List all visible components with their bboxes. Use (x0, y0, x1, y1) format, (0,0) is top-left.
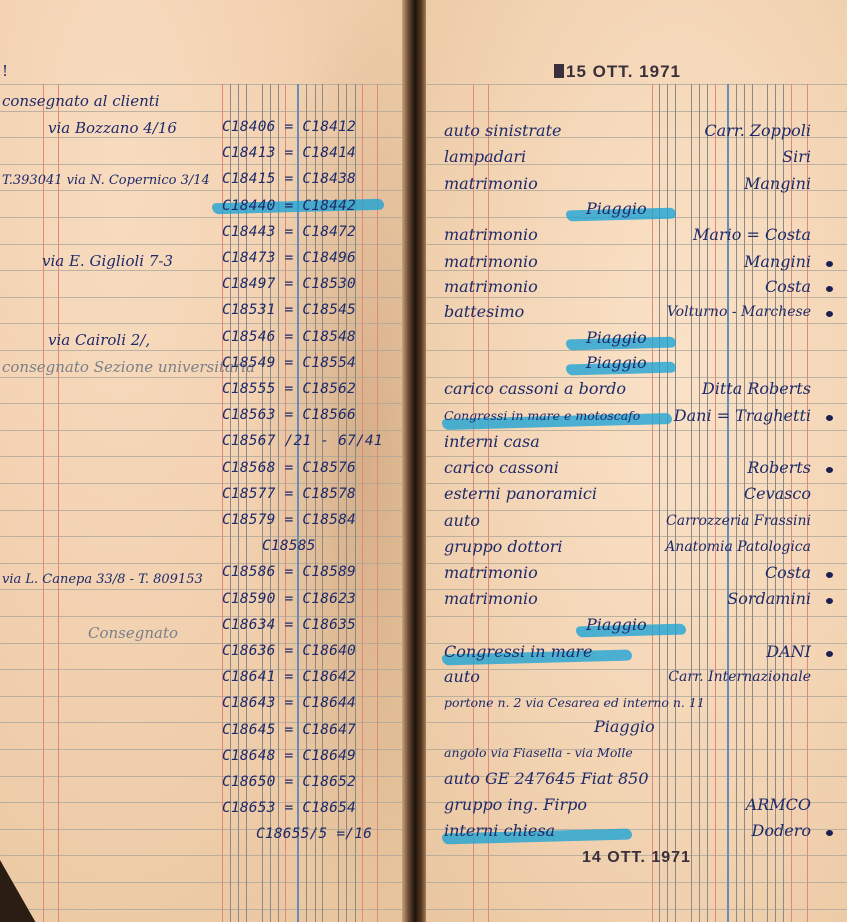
check-dot-icon (826, 572, 833, 578)
ledger-entry: angolo via Fiasella - via Molle (426, 744, 847, 766)
horizontal-rule (0, 244, 404, 245)
receipt-range: C18440 = C18442 (222, 197, 356, 215)
receipt-range: C18648 = C18649 (222, 747, 356, 765)
receipt-range: C18406 = C18412 (222, 118, 356, 136)
receipt-range: C18443 = C18472 (222, 223, 356, 241)
entry-client: Carr. Zoppoli (704, 122, 811, 140)
entry-client: Costa (765, 278, 811, 296)
horizontal-rule (0, 430, 404, 431)
ledger-right-page: 15 OTT. 1971 auto sinistrateCarr. Zoppol… (426, 0, 847, 922)
ledger-entry: portone n. 2 via Cesarea ed interno n. 1… (426, 694, 847, 716)
check-dot-icon (826, 286, 833, 292)
entry-description: auto (444, 512, 480, 530)
entry-client: Dani = Traghetti (674, 407, 811, 425)
receipt-range: C18641 = C18642 (222, 668, 356, 686)
check-dot-icon (826, 830, 833, 836)
ledger-entry: matrimonioMario = Costa (426, 226, 847, 248)
receipt-range: C18643 = C18644 (222, 694, 356, 712)
ledger-entry: Piaggio (426, 329, 847, 351)
entry-description: matrimonio (444, 564, 538, 582)
check-dot-icon (826, 598, 833, 604)
entry-description: carico cassoni (444, 459, 559, 477)
ledger-entry: autoCarrozzeria Frassini (426, 512, 847, 534)
entry-description: auto GE 247645 Fiat 850 (444, 770, 649, 788)
entry-description: battesimo (444, 303, 524, 321)
entry-client: Carrozzeria Frassini (666, 512, 811, 530)
section-header: Piaggio (586, 354, 647, 372)
entry-description: auto sinistrate (444, 122, 561, 140)
receipt-range: C18415 = C18438 (222, 170, 356, 188)
receipt-range: C18650 = C18652 (222, 773, 356, 791)
entry-client: Siri (782, 148, 811, 166)
entry-client: DANI (766, 643, 811, 661)
entry-description: Congressi in mare e motoscafo (444, 407, 640, 425)
entry-description: matrimonio (444, 278, 538, 296)
entry-description: gruppo ing. Firpo (444, 796, 587, 814)
ledger-entry: battesimoVolturno - Marchese (426, 303, 847, 325)
address-note: via Bozzano 4/16 (48, 119, 177, 137)
address-note: Consegnato (88, 624, 178, 642)
receipt-range: C18563 = C18566 (222, 406, 356, 424)
ledger-left-page: ! consegnato al clientivia Bozzano 4/16T… (0, 0, 404, 922)
horizontal-rule (0, 84, 404, 85)
entry-description: matrimonio (444, 226, 538, 244)
entry-client: Volturno - Marchese (667, 303, 811, 321)
ledger-entry: Piaggio (426, 354, 847, 376)
check-dot-icon (826, 261, 833, 267)
address-note: consegnato al clienti (2, 92, 160, 110)
entry-client: Mario = Costa (693, 226, 811, 244)
entry-client: Ditta Roberts (702, 380, 811, 398)
section-header: Piaggio (586, 329, 647, 347)
entry-description: interni chiesa (444, 822, 555, 840)
ledger-entry: matrimonioSordamini (426, 590, 847, 612)
receipt-range: C18531 = C18545 (222, 301, 356, 319)
receipt-range: C18579 = C18584 (222, 511, 356, 529)
ledger-entry: autoCarr. Internazionale (426, 668, 847, 690)
ledger-entry: auto sinistrateCarr. Zoppoli (426, 122, 847, 144)
entry-client: Anatomia Patologica (665, 538, 811, 556)
receipt-range: C18473 = C18496 (222, 249, 356, 267)
page-corner-shadow (0, 860, 40, 922)
receipt-range: C18586 = C18589 (222, 563, 356, 581)
horizontal-rule (0, 297, 404, 298)
check-dot-icon (826, 467, 833, 473)
address-note: T.393041 via N. Copernico 3/14 (2, 172, 210, 190)
ledger-entry: gruppo ing. FirpoARMCO (426, 796, 847, 818)
horizontal-rule (0, 190, 404, 191)
entry-client: Costa (765, 564, 811, 582)
section-header: Piaggio (586, 200, 647, 218)
receipt-range: C18555 = C18562 (222, 380, 356, 398)
entry-client: Mangini (744, 175, 811, 193)
ledger-entry: matrimonioCosta (426, 564, 847, 586)
date-stamp-top: 15 OTT. 1971 (554, 62, 681, 82)
receipt-range: C18413 = C18414 (222, 144, 356, 162)
ledger-entry: auto GE 247645 Fiat 850 (426, 770, 847, 792)
horizontal-rule (0, 350, 404, 351)
entry-client: Carr. Internazionale (668, 668, 811, 686)
ledger-entry: Congressi in mareDANI (426, 643, 847, 665)
entry-description: auto (444, 668, 480, 686)
horizontal-rule (0, 536, 404, 537)
ledger-entry: matrimonioMangini (426, 253, 847, 275)
horizontal-rule (0, 270, 404, 271)
entry-client: Sordamini (727, 590, 811, 608)
section-header: Piaggio (586, 616, 647, 634)
horizontal-rule (0, 882, 404, 883)
horizontal-rule (0, 137, 404, 138)
ledger-entry: esterni panoramiciCevasco (426, 485, 847, 507)
date-stamp-bottom: 14 OTT. 1971 (582, 849, 691, 867)
ledger-entry: Piaggio (426, 616, 847, 638)
horizontal-rule (0, 909, 404, 910)
section-header: Piaggio (594, 718, 655, 736)
entry-client: Mangini (744, 253, 811, 271)
stamp-block-icon (554, 64, 564, 78)
ledger-entry: gruppo dottoriAnatomia Patologica (426, 538, 847, 560)
column-rule (58, 84, 59, 922)
book-spine (402, 0, 428, 922)
entry-description: lampadari (444, 148, 526, 166)
corner-mark: ! (2, 62, 8, 80)
ledger-entry: Congressi in mare e motoscafoDani = Trag… (426, 407, 847, 429)
ledger-entry: matrimonioCosta (426, 278, 847, 300)
receipt-range: C18653 = C18654 (222, 799, 356, 817)
receipt-range: C18497 = C18530 (222, 275, 356, 293)
receipt-range: C18590 = C18623 (222, 590, 356, 608)
entry-description: gruppo dottori (444, 538, 563, 556)
horizontal-rule (0, 456, 404, 457)
ledger-entry: lampadariSiri (426, 148, 847, 170)
horizontal-rule (0, 403, 404, 404)
check-dot-icon (826, 415, 833, 421)
receipt-range: C18568 = C18576 (222, 459, 356, 477)
receipt-range: C18549 = C18554 (222, 354, 356, 372)
receipt-range: C18634 = C18635 (222, 616, 356, 634)
horizontal-rule (0, 164, 404, 165)
receipt-range: C18636 = C18640 (222, 642, 356, 660)
ledger-entry: interni chiesaDodero (426, 822, 847, 844)
check-dot-icon (826, 311, 833, 317)
entry-client: Cevasco (744, 485, 811, 503)
horizontal-rule (0, 217, 404, 218)
receipt-range: C18567 /21 - 67/41 (222, 432, 383, 450)
column-rule (43, 84, 44, 922)
address-note: via Cairoli 2/, (48, 331, 150, 349)
receipt-range: C18585 (262, 537, 316, 555)
horizontal-rule (0, 855, 404, 856)
entry-description: carico cassoni a bordo (444, 380, 626, 398)
entry-description: portone n. 2 via Cesarea ed interno n. 1… (444, 694, 705, 712)
check-dot-icon (826, 651, 833, 657)
receipt-range: C18655/5 =/16 (256, 825, 372, 843)
entry-description: interni casa (444, 433, 540, 451)
ledger-entry: Piaggio (426, 718, 847, 740)
receipt-range: C18577 = C18578 (222, 485, 356, 503)
entry-description: Congressi in mare (444, 643, 593, 661)
receipt-range: C18645 = C18647 (222, 721, 356, 739)
address-note: via L. Canepa 33/8 - T. 809153 (2, 571, 203, 589)
entry-client: Dodero (752, 822, 811, 840)
ledger-entry: matrimonioMangini (426, 175, 847, 197)
ledger-entry: carico cassoni a bordoDitta Roberts (426, 380, 847, 402)
entry-description: matrimonio (444, 590, 538, 608)
entry-client: Roberts (747, 459, 811, 477)
entry-description: esterni panoramici (444, 485, 597, 503)
receipt-range: C18546 = C18548 (222, 328, 356, 346)
horizontal-rule (0, 111, 404, 112)
entry-client: ARMCO (746, 796, 811, 814)
ledger-entry: Piaggio (426, 200, 847, 222)
ledger-entry: carico cassoniRoberts (426, 459, 847, 481)
address-note: consegnato Sezione universitaria (2, 358, 255, 376)
address-note: via E. Giglioli 7-3 (42, 252, 173, 270)
entry-description: matrimonio (444, 175, 538, 193)
entry-description: matrimonio (444, 253, 538, 271)
horizontal-rule (0, 323, 404, 324)
horizontal-rule (0, 377, 404, 378)
entry-description: angolo via Fiasella - via Molle (444, 744, 633, 762)
ledger-entry: interni casa (426, 433, 847, 455)
